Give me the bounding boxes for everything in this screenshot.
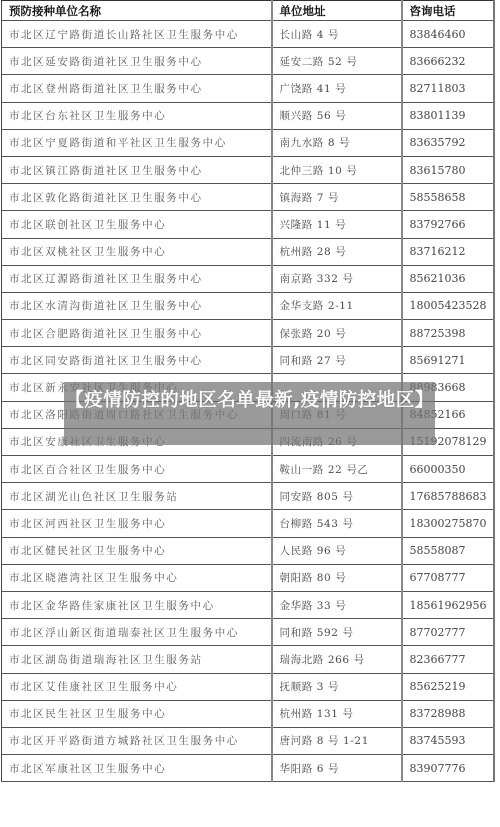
cell-phone: 58558658 [402, 184, 494, 211]
table-row: 市北区湖岛街道瑞海社区卫生服务站瑞海北路 266 号82366777 [2, 646, 494, 673]
table-row: 市北区台东社区卫生服务中心顺兴路 56 号83801139 [2, 102, 494, 129]
cell-phone: 18561962956 [402, 591, 494, 618]
article-title-overlay: 【疫情防控的地区名单最新,疫情防控地区】 [64, 382, 435, 445]
table-row: 市北区健民社区卫生服务中心人民路 96 号58558087 [2, 537, 494, 564]
cell-name: 市北区开平路街道方城路社区卫生服务中心 [2, 727, 272, 754]
cell-address: 同和路 592 号 [272, 619, 402, 646]
cell-name: 市北区辽宁路街道长山路社区卫生服务中心 [2, 21, 272, 48]
cell-phone: 85625219 [402, 673, 494, 700]
table-row: 市北区联创社区卫生服务中心兴隆路 11 号83792766 [2, 211, 494, 238]
cell-phone: 85691271 [402, 347, 494, 374]
cell-name: 市北区浮山新区街道瑞泰社区卫生服务中心 [2, 619, 272, 646]
cell-phone: 83745593 [402, 727, 494, 754]
cell-address: 顺兴路 56 号 [272, 102, 402, 129]
cell-address: 长山路 4 号 [272, 21, 402, 48]
cell-name: 市北区合肥路街道社区卫生服务中心 [2, 320, 272, 347]
table-row: 市北区合肥路街道社区卫生服务中心保张路 20 号88725398 [2, 320, 494, 347]
cell-name: 市北区台东社区卫生服务中心 [2, 102, 272, 129]
cell-name: 市北区敦化路街道社区卫生服务中心 [2, 184, 272, 211]
cell-address: 鞍山一路 22 号乙 [272, 456, 402, 483]
cell-name: 市北区联创社区卫生服务中心 [2, 211, 272, 238]
cell-name: 市北区水清沟街道社区卫生服务中心 [2, 292, 272, 319]
cell-name: 市北区金华路佳家康社区卫生服务中心 [2, 591, 272, 618]
cell-address: 镇海路 7 号 [272, 184, 402, 211]
cell-phone: 82711803 [402, 75, 494, 102]
cell-phone: 17685788683 [402, 483, 494, 510]
cell-address: 同安路 805 号 [272, 483, 402, 510]
cell-address: 广饶路 41 号 [272, 75, 402, 102]
table-row: 市北区同安路街道社区卫生服务中心同和路 27 号85691271 [2, 347, 494, 374]
cell-name: 市北区晓港湾社区卫生服务中心 [2, 564, 272, 591]
cell-phone: 83801139 [402, 102, 494, 129]
cell-phone: 58558087 [402, 537, 494, 564]
cell-address: 南京路 332 号 [272, 265, 402, 292]
cell-address: 朝阳路 80 号 [272, 564, 402, 591]
table-row: 市北区镇江路街道社区卫生服务中心北仲三路 10 号83615780 [2, 156, 494, 183]
header-address: 单位地址 [272, 1, 402, 21]
cell-phone: 66000350 [402, 456, 494, 483]
cell-phone: 85621036 [402, 265, 494, 292]
table-row: 市北区百合社区卫生服务中心鞍山一路 22 号乙66000350 [2, 456, 494, 483]
cell-name: 市北区湖光山色社区卫生服务站 [2, 483, 272, 510]
cell-phone: 83635792 [402, 129, 494, 156]
cell-name: 市北区同安路街道社区卫生服务中心 [2, 347, 272, 374]
cell-address: 延安二路 52 号 [272, 48, 402, 75]
table-row: 市北区敦化路街道社区卫生服务中心镇海路 7 号58558658 [2, 184, 494, 211]
cell-phone: 87702777 [402, 619, 494, 646]
cell-address: 唐河路 8 号 1-21 [272, 727, 402, 754]
table-row: 市北区金华路佳家康社区卫生服务中心金华路 33 号18561962956 [2, 591, 494, 618]
cell-address: 同和路 27 号 [272, 347, 402, 374]
table-row: 市北区湖光山色社区卫生服务站同安路 805 号17685788683 [2, 483, 494, 510]
cell-address: 杭州路 28 号 [272, 238, 402, 265]
table-row: 市北区登州路街道社区卫生服务中心广饶路 41 号82711803 [2, 75, 494, 102]
cell-phone: 83728988 [402, 700, 494, 727]
cell-address: 兴隆路 11 号 [272, 211, 402, 238]
cell-address: 北仲三路 10 号 [272, 156, 402, 183]
cell-phone: 18005423528 [402, 292, 494, 319]
header-phone: 咨询电话 [402, 1, 494, 21]
cell-address: 金华路 33 号 [272, 591, 402, 618]
cell-name: 市北区登州路街道社区卫生服务中心 [2, 75, 272, 102]
cell-name: 市北区军康社区卫生服务中心 [2, 755, 272, 782]
cell-address: 华阳路 6 号 [272, 755, 402, 782]
cell-name: 市北区辽源路街道社区卫生服务中心 [2, 265, 272, 292]
table-row: 市北区艾佳康社区卫生服务中心抚顺路 3 号85625219 [2, 673, 494, 700]
table-row: 市北区双桃社区卫生服务中心杭州路 28 号83716212 [2, 238, 494, 265]
header-name: 预防接种单位名称 [2, 1, 272, 21]
cell-name: 市北区健民社区卫生服务中心 [2, 537, 272, 564]
cell-name: 市北区河西社区卫生服务中心 [2, 510, 272, 537]
cell-phone: 88725398 [402, 320, 494, 347]
table-header-row: 预防接种单位名称 单位地址 咨询电话 [2, 1, 494, 21]
cell-address: 台柳路 543 号 [272, 510, 402, 537]
cell-phone: 83846460 [402, 21, 494, 48]
cell-name: 市北区民生社区卫生服务中心 [2, 700, 272, 727]
cell-phone: 83615780 [402, 156, 494, 183]
cell-phone: 18300275870 [402, 510, 494, 537]
cell-name: 市北区镇江路街道社区卫生服务中心 [2, 156, 272, 183]
table-row: 市北区浮山新区街道瑞泰社区卫生服务中心同和路 592 号87702777 [2, 619, 494, 646]
cell-phone: 83792766 [402, 211, 494, 238]
table-row: 市北区军康社区卫生服务中心华阳路 6 号83907776 [2, 755, 494, 782]
cell-name: 市北区百合社区卫生服务中心 [2, 456, 272, 483]
cell-phone: 83716212 [402, 238, 494, 265]
cell-name: 市北区宁夏路街道和平社区卫生服务中心 [2, 129, 272, 156]
overlay-title: 【疫情防控的地区名单最新,疫情防控地区】 [65, 390, 434, 411]
cell-phone: 82366777 [402, 646, 494, 673]
table-row: 市北区开平路街道方城路社区卫生服务中心唐河路 8 号 1-2183745593 [2, 727, 494, 754]
table-row: 市北区水清沟街道社区卫生服务中心金华支路 2-1118005423528 [2, 292, 494, 319]
cell-phone: 83907776 [402, 755, 494, 782]
cell-address: 保张路 20 号 [272, 320, 402, 347]
cell-name: 市北区艾佳康社区卫生服务中心 [2, 673, 272, 700]
cell-name: 市北区延安路街道社区卫生服务中心 [2, 48, 272, 75]
cell-address: 瑞海北路 266 号 [272, 646, 402, 673]
cell-phone: 83666232 [402, 48, 494, 75]
cell-name: 市北区双桃社区卫生服务中心 [2, 238, 272, 265]
cell-address: 南九水路 8 号 [272, 129, 402, 156]
table-row: 市北区民生社区卫生服务中心杭州路 131 号83728988 [2, 700, 494, 727]
table-row: 市北区辽宁路街道长山路社区卫生服务中心长山路 4 号83846460 [2, 21, 494, 48]
table-row: 市北区辽源路街道社区卫生服务中心南京路 332 号85621036 [2, 265, 494, 292]
table-row: 市北区晓港湾社区卫生服务中心朝阳路 80 号67708777 [2, 564, 494, 591]
table-row: 市北区河西社区卫生服务中心台柳路 543 号18300275870 [2, 510, 494, 537]
cell-phone: 67708777 [402, 564, 494, 591]
cell-name: 市北区湖岛街道瑞海社区卫生服务站 [2, 646, 272, 673]
table-row: 市北区延安路街道社区卫生服务中心延安二路 52 号83666232 [2, 48, 494, 75]
cell-address: 抚顺路 3 号 [272, 673, 402, 700]
cell-address: 杭州路 131 号 [272, 700, 402, 727]
cell-address: 金华支路 2-11 [272, 292, 402, 319]
cell-address: 人民路 96 号 [272, 537, 402, 564]
table-row: 市北区宁夏路街道和平社区卫生服务中心南九水路 8 号83635792 [2, 129, 494, 156]
